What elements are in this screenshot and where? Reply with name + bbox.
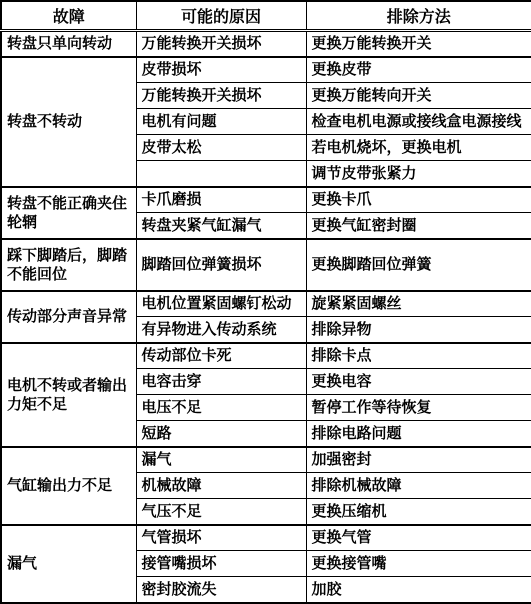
cause-cell: 密封胶流失 [136,577,306,603]
remedy-cell: 调节皮带张紧力 [306,161,531,187]
fault-cell: 漏气 [1,525,136,603]
remedy-cell: 更换卡爪 [306,187,531,213]
remedy-cell: 加强密封 [306,447,531,473]
remedy-cell: 暂停工作等待恢复 [306,395,531,421]
cause-cell: 万能转换开关损坏 [136,83,306,109]
fault-cell: 踩下脚踏后，脚踏不能回位 [1,239,136,291]
fault-cell: 转盘不能正确夹住轮辋 [1,187,136,239]
remedy-cell: 排除机械故障 [306,473,531,499]
remedy-cell: 更换气管 [306,525,531,551]
fault-cell: 转盘只单向转动 [1,31,136,57]
cause-cell: 传动部位卡死 [136,343,306,369]
fault-cell: 气缸输出力不足 [1,447,136,525]
table-row: 转盘不转动 皮带损坏 更换皮带 [1,57,531,83]
cause-cell: 漏气 [136,447,306,473]
remedy-cell: 更换脚踏回位弹簧 [306,239,531,291]
table-row: 踩下脚踏后，脚踏不能回位 脚踏回位弹簧损坏 更换脚踏回位弹簧 [1,239,531,291]
table-row: 漏气 气管损坏 更换气管 [1,525,531,551]
table-row: 气缸输出力不足 漏气 加强密封 [1,447,531,473]
cause-cell: 电机位置紧固螺钉松动 [136,291,306,317]
cause-cell: 短路 [136,421,306,447]
remedy-cell: 排除卡点 [306,343,531,369]
table-row: 电机不转或者输出力矩不足 传动部位卡死 排除卡点 [1,343,531,369]
remedy-cell: 加胶 [306,577,531,603]
cause-cell: 有异物进入传动系统 [136,317,306,343]
remedy-cell: 更换压缩机 [306,499,531,525]
cause-cell: 万能转换开关损坏 [136,31,306,57]
column-header-fault: 故障 [1,1,136,31]
cause-cell: 电压不足 [136,395,306,421]
table-row: 传动部分声音异常 电机位置紧固螺钉松动 旋紧紧固螺丝 [1,291,531,317]
remedy-cell: 更换万能转向开关 [306,83,531,109]
table-body: 转盘只单向转动 万能转换开关损坏 更换万能转换开关 转盘不转动 皮带损坏 更换皮… [1,31,531,603]
remedy-cell: 更换万能转换开关 [306,31,531,57]
cause-cell: 转盘夹紧气缸漏气 [136,213,306,239]
cause-cell: 电容击穿 [136,369,306,395]
cause-cell: 皮带损坏 [136,57,306,83]
remedy-cell: 更换电容 [306,369,531,395]
fault-cell: 转盘不转动 [1,57,136,187]
cause-cell: 脚踏回位弹簧损坏 [136,239,306,291]
cause-cell: 接管嘴损坏 [136,551,306,577]
remedy-cell: 排除异物 [306,317,531,343]
remedy-cell: 检查电机电源或接线盒电源接线 [306,109,531,135]
remedy-cell: 排除电路问题 [306,421,531,447]
cause-cell: 电机有问题 [136,109,306,135]
troubleshooting-table: 故障 可能的原因 排除方法 转盘只单向转动 万能转换开关损坏 更换万能转换开关 … [0,0,531,604]
table-row: 转盘只单向转动 万能转换开关损坏 更换万能转换开关 [1,31,531,57]
document-page: 故障 可能的原因 排除方法 转盘只单向转动 万能转换开关损坏 更换万能转换开关 … [0,0,531,604]
cause-cell: 气压不足 [136,499,306,525]
cause-cell: 机械故障 [136,473,306,499]
cause-cell: 皮带太松 [136,135,306,161]
remedy-cell: 更换皮带 [306,57,531,83]
remedy-cell: 旋紧紧固螺丝 [306,291,531,317]
column-header-cause: 可能的原因 [136,1,306,31]
cause-cell-empty [136,161,306,187]
table-header: 故障 可能的原因 排除方法 [1,1,531,31]
remedy-cell: 更换接管嘴 [306,551,531,577]
cause-cell: 气管损坏 [136,525,306,551]
header-row: 故障 可能的原因 排除方法 [1,1,531,31]
fault-cell: 传动部分声音异常 [1,291,136,343]
table-row: 转盘不能正确夹住轮辋 卡爪磨损 更换卡爪 [1,187,531,213]
fault-cell: 电机不转或者输出力矩不足 [1,343,136,447]
remedy-cell: 若电机烧坏，更换电机 [306,135,531,161]
remedy-cell: 更换气缸密封圈 [306,213,531,239]
column-header-remedy: 排除方法 [306,1,531,31]
cause-cell: 卡爪磨损 [136,187,306,213]
